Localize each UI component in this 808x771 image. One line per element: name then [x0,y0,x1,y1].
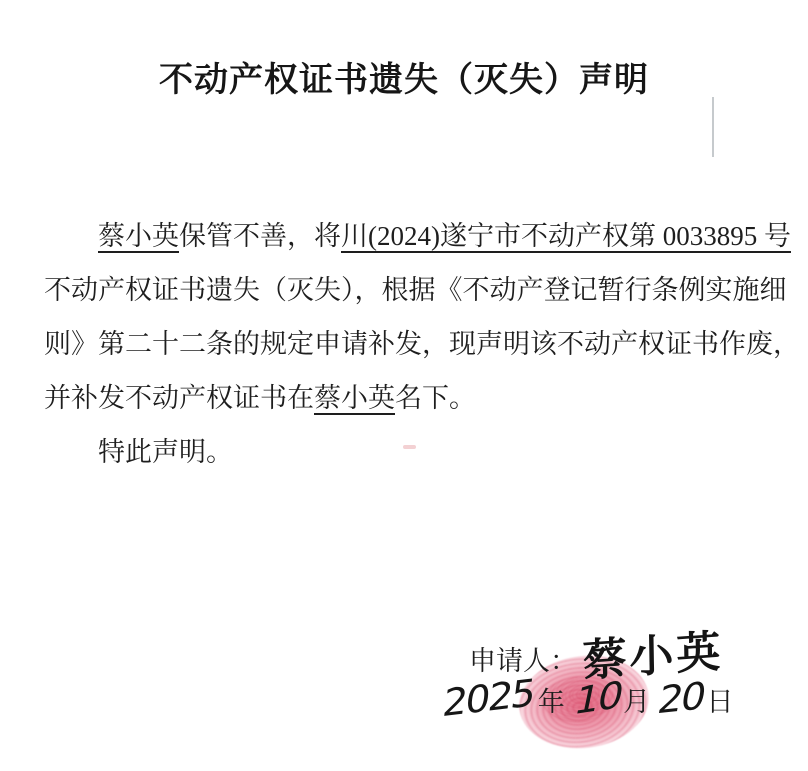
closing-statement: 特此声明。 [98,437,233,467]
certificate-number-underlined: 川(2024)遂宁市不动产权第 0033895 号 [341,221,791,251]
body-line-2: 不动产权证书遗失（灭失），根据《不动产登记暂行条例实施细 [44,263,774,317]
text-segment: 则》第二十二条的规定申请补发，现声明该不动产权证书作废， [44,329,800,359]
handwritten-year: 2025 [441,673,537,722]
body-line-5: 特此声明。 [44,425,774,479]
owner-name-underlined: 蔡小英 [314,383,395,413]
body-line-3: 则》第二十二条的规定申请补发，现声明该不动产权证书作废， [44,317,774,371]
text-segment: 并补发不动产权证书在 [44,383,314,413]
text-segment: 保管不善，将 [179,221,341,251]
month-unit-label: 月 [622,680,651,719]
handwritten-month: 10 [571,675,625,719]
scan-artifact-smudge [403,445,416,449]
applicant-label: 申请人： [469,640,577,676]
date-line: 2025 年 10 月 20 日 [444,678,734,717]
scan-artifact-line [712,97,714,157]
document-title: 不动产权证书遗失（灭失）声明 [0,52,808,101]
body-line-4: 并补发不动产权证书在蔡小英名下。 [44,371,774,425]
year-unit-label: 年 [537,680,566,719]
handwritten-day: 20 [655,676,707,718]
document-body: 蔡小英保管不善，将川(2024)遂宁市不动产权第 0033895 号 不动产权证… [44,209,774,479]
day-unit-label: 日 [705,680,734,719]
scanned-declaration-page: 不动产权证书遗失（灭失）声明 蔡小英保管不善，将川(2024)遂宁市不动产权第 … [0,0,808,771]
owner-name-underlined: 蔡小英 [98,221,179,251]
text-segment: 名下。 [395,383,476,413]
text-segment: 不动产权证书遗失（灭失），根据《不动产登记暂行条例实施细 [44,275,787,305]
body-line-1: 蔡小英保管不善，将川(2024)遂宁市不动产权第 0033895 号 [44,209,774,263]
